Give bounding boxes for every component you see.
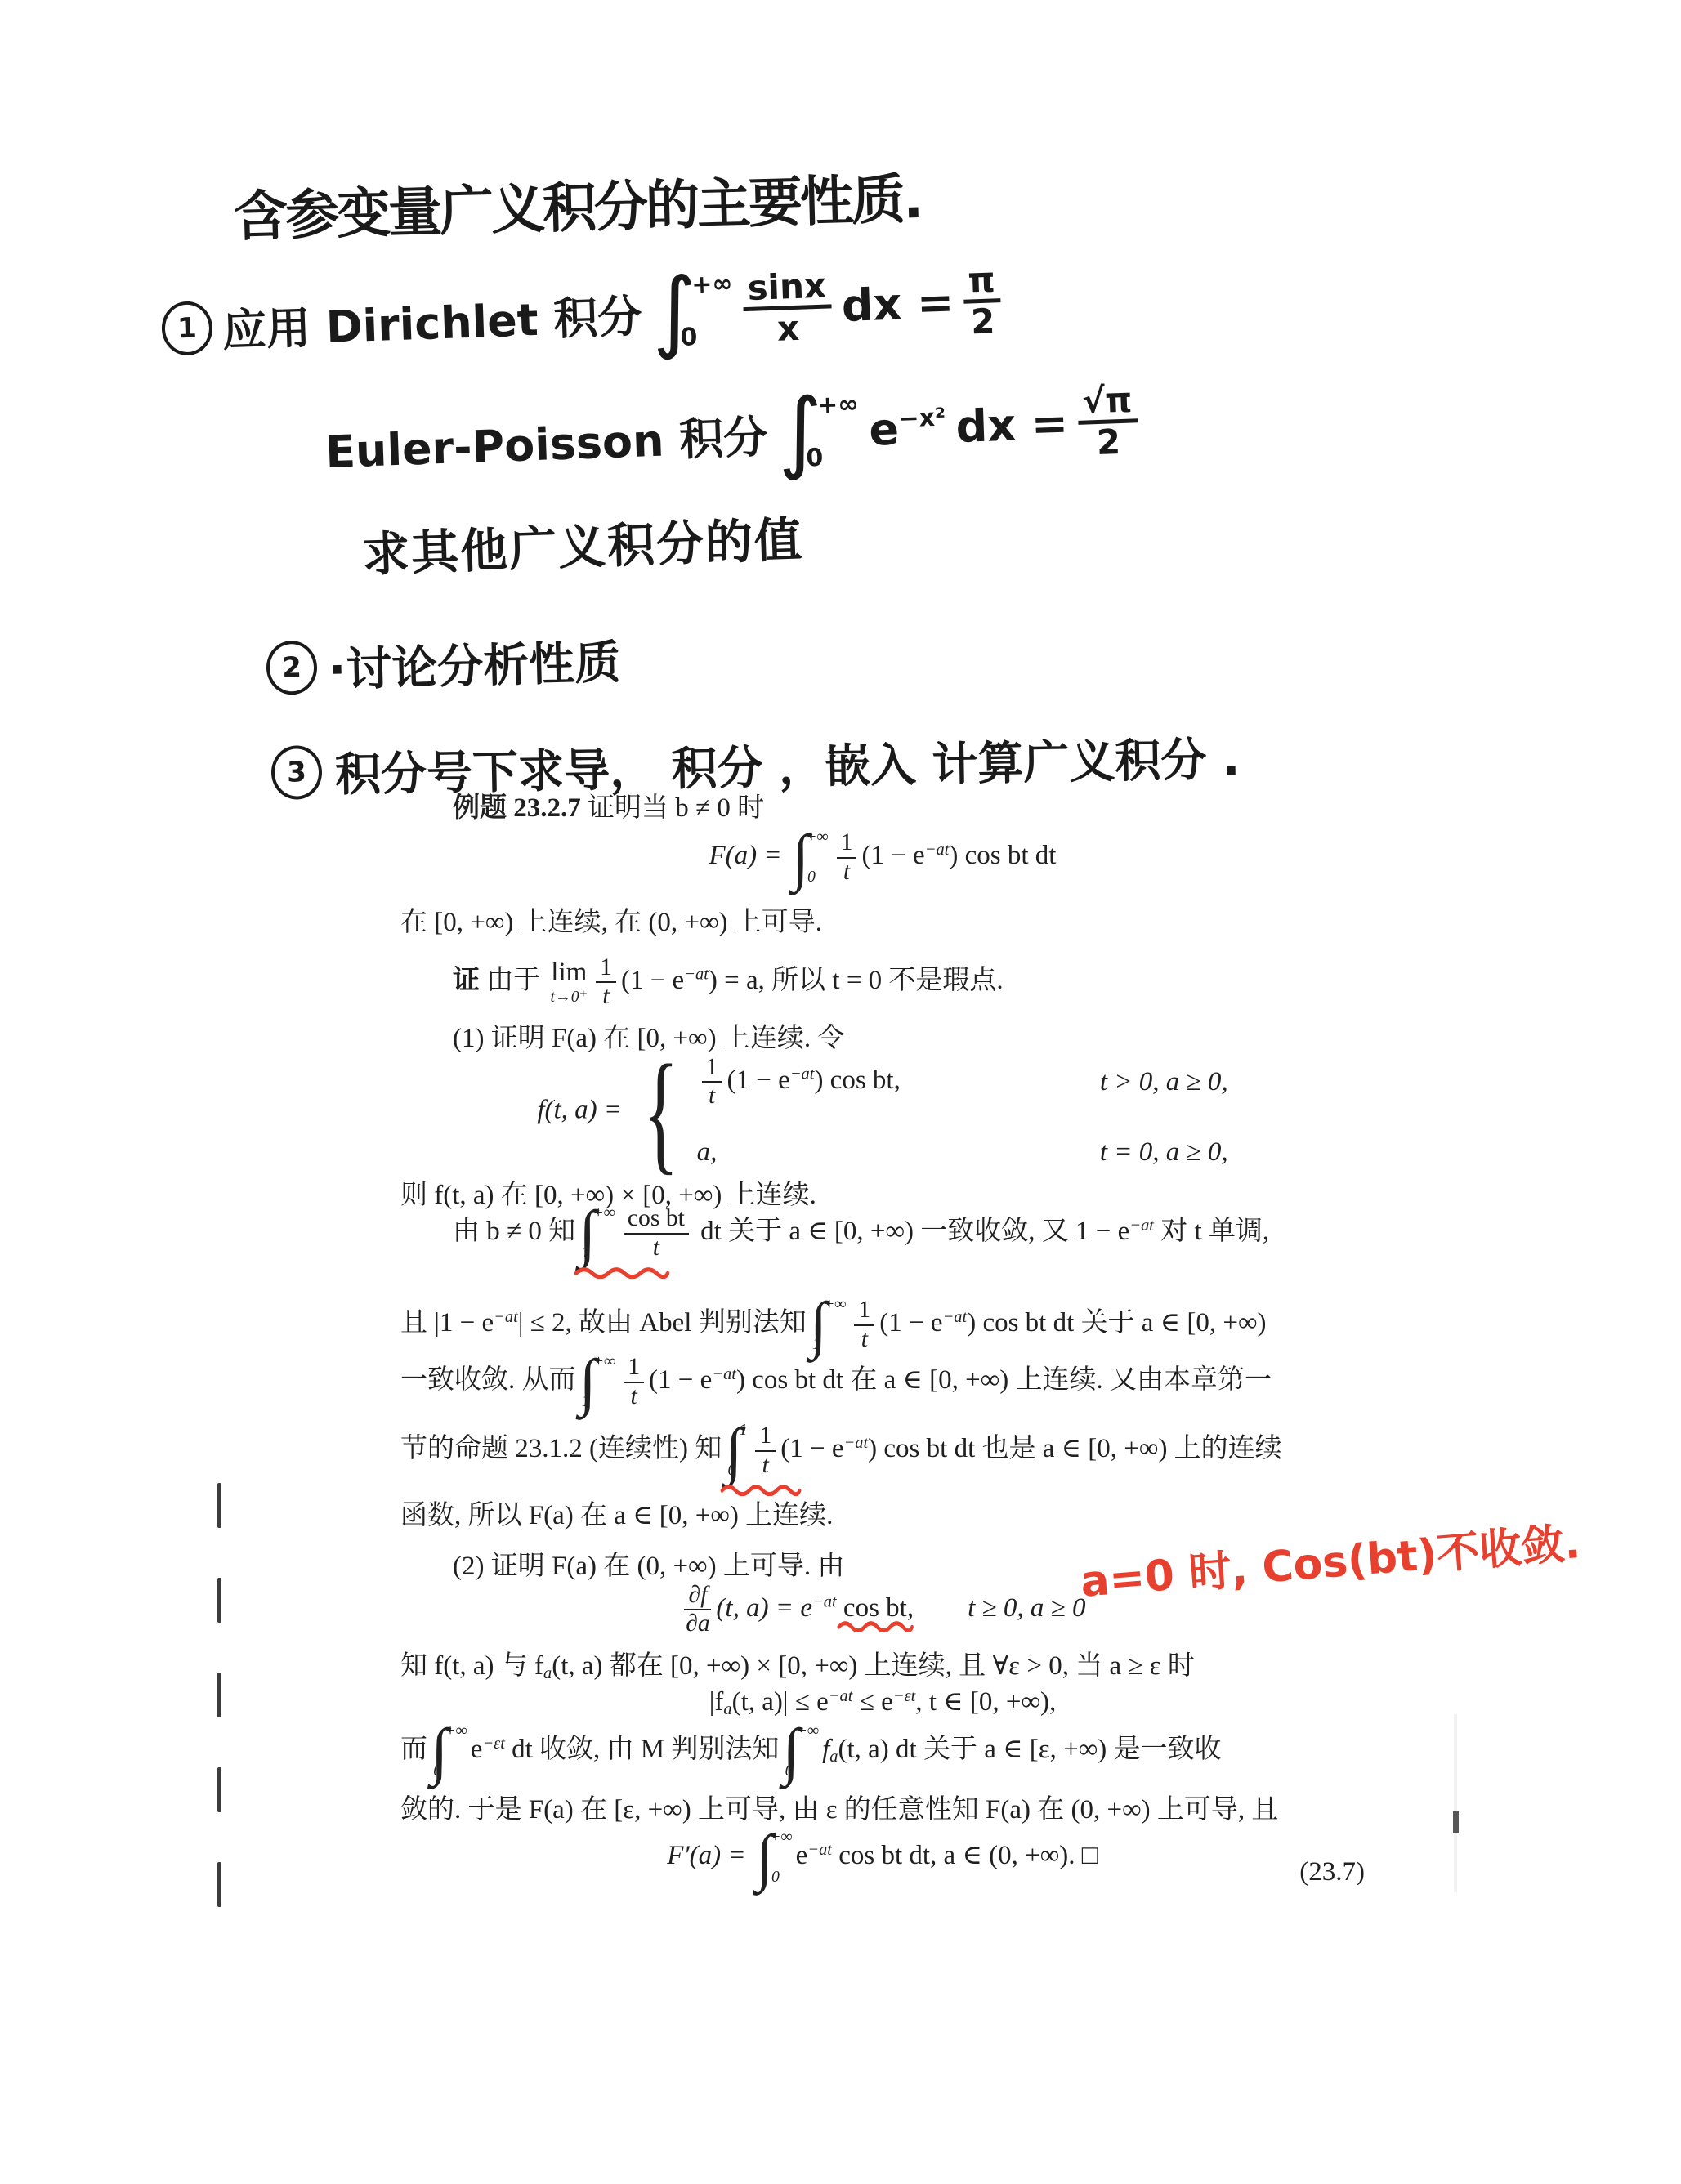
integral-lower-limit: 0 <box>727 1460 747 1481</box>
text: ) cos bt dt 关于 a ∈ [0, +∞) <box>967 1308 1266 1338</box>
proposition-line: 节的命题 23.1.2 (连续性) 知∫101t(1 − e−at) cos b… <box>400 1418 1282 1483</box>
integral-upper-limit: +∞ <box>817 390 859 420</box>
fraction: 1t <box>624 1354 644 1410</box>
statement-line: 函数, 所以 F(a) 在 a ∈ [0, +∞) 上连续. <box>400 1498 833 1534</box>
red-wavy-underline <box>574 1264 670 1279</box>
integral-upper-limit: +∞ <box>593 1351 615 1373</box>
text: e <box>471 1735 483 1764</box>
case-row-1: 1t(1 − e−at) cos bt,t > 0, a ≥ 0, <box>697 1054 1228 1110</box>
integral-sign: ∫+∞1 <box>810 1293 847 1357</box>
document-page: 含参变量广义积分的主要性质. 1 应用 Dirichlet 积分 ∫+∞0 si… <box>0 0 1681 2184</box>
integral-lower-limit: 0 <box>785 1761 819 1782</box>
text: (t, a) 都在 [0, +∞) × [0, +∞) 上连续, 且 ∀ε > … <box>552 1651 1195 1681</box>
lim-word: lim <box>551 959 587 986</box>
text: 一致收敛. 从而 <box>400 1365 576 1395</box>
exponent: −at <box>943 1308 968 1326</box>
text: 而 <box>400 1735 427 1764</box>
red-wavy-underline <box>837 1618 914 1632</box>
fraction: 1t <box>837 829 857 886</box>
integral-lower-limit: 0 <box>433 1761 467 1782</box>
integral-sign: ∫+∞1 <box>579 1201 615 1266</box>
integral-lower-limit: 1 <box>581 1243 615 1264</box>
text: dt 关于 a ∈ [0, +∞) 一致收敛, 又 1 − e <box>694 1217 1129 1246</box>
fraction: √π2 <box>1076 381 1139 462</box>
statement-line: 在 [0, +∞) 上连续, 在 (0, +∞) 上可导. <box>400 905 822 940</box>
integral-sign: ∫+∞1 <box>579 1350 616 1414</box>
circled-number-2: 2 <box>266 640 318 695</box>
integral-sign: ∫10 <box>725 1418 747 1483</box>
margin-mark <box>217 1673 221 1717</box>
limit-operator: limt→0⁺ <box>551 959 588 1006</box>
text: 且 |1 − e <box>400 1308 494 1338</box>
case-row-2: a,t = 0, a ≥ 0, <box>697 1135 1228 1170</box>
text: 对 t 单调, <box>1154 1217 1269 1246</box>
display-formula-Fa: F(a) = ∫+∞01t(1 − e−at) cos bt dt <box>400 825 1365 890</box>
formula-lhs: F′(a) = <box>667 1841 753 1870</box>
text: 节的命题 23.1.2 (连续性) 知 <box>400 1434 722 1463</box>
text: ≤ e <box>852 1687 892 1717</box>
abel-test-line: 且 |1 − e−at| ≤ 2, 故由 Abel 判别法知∫+∞11t(1 −… <box>400 1293 1266 1357</box>
fraction-denominator: t <box>631 1383 637 1410</box>
subscript: a <box>723 1700 731 1718</box>
exponent: −x² <box>898 403 946 433</box>
integral-upper-limit: +∞ <box>797 1721 819 1742</box>
text: f <box>822 1735 829 1764</box>
formula-lhs: f(t, a) = <box>537 1095 628 1124</box>
fraction: 1t <box>854 1297 874 1353</box>
integral-upper-limit: 1 <box>739 1420 747 1441</box>
fraction-denominator: t <box>709 1083 715 1110</box>
integral-lower-limit: 0 <box>680 321 735 351</box>
note-item-1: 1 应用 Dirichlet 积分 ∫+∞0 sinxx dx = π2 <box>160 258 1002 371</box>
case-2-expr: a, <box>697 1135 718 1170</box>
step-2-line: (2) 证明 F(a) 在 (0, +∞) 上可导. 由 <box>453 1549 844 1584</box>
fraction-numerator: cos bt <box>624 1205 689 1234</box>
integral-upper-limit: +∞ <box>806 827 828 848</box>
fraction-numerator: 1 <box>624 1354 644 1382</box>
case-2-condition: t = 0, a ≥ 0, <box>1100 1135 1228 1170</box>
text: (1 − e <box>780 1434 843 1463</box>
exponent: −at <box>1129 1217 1154 1235</box>
underlined-term: cos bt, <box>837 1593 914 1623</box>
note-item-2-text: ·讨论分析性质 <box>328 627 621 699</box>
formula-tail: ) cos bt dt <box>949 841 1056 870</box>
note-title: 含参变量广义积分的主要性质. <box>233 155 922 251</box>
statement-line: 敛的. 于是 F(a) 在 [ε, +∞) 上可导, 由 ε 的任意性知 F(a… <box>400 1793 1278 1828</box>
exponent: −at <box>807 1841 832 1859</box>
margin-mark <box>217 1578 221 1623</box>
fraction: 1t <box>596 954 616 1011</box>
fraction: π2 <box>963 261 1003 342</box>
text: |f <box>709 1687 724 1717</box>
curly-brace: { <box>643 1055 679 1169</box>
fraction-denominator: t <box>762 1452 769 1479</box>
integral-sign: ∫+∞0 <box>782 1719 819 1784</box>
cases-formula: f(t, a) = {1t(1 − e−at) cos bt,t > 0, a … <box>400 1054 1365 1169</box>
continuity-line: 一致收敛. 从而∫+∞11t(1 − e−at) cos bt dt 在 a ∈… <box>400 1350 1272 1414</box>
exp-term: e−x² <box>868 401 946 455</box>
note-item-euler: Euler-Poisson 积分 ∫+∞0 e−x² dx = √π2 <box>324 378 1139 490</box>
note-item-2: 2 ·讨论分析性质 <box>266 627 621 701</box>
margin-mark <box>217 1483 221 1528</box>
red-wavy-underline <box>720 1481 802 1496</box>
fraction-numerator: √π <box>1076 381 1138 425</box>
scan-artifact-tick <box>1453 1811 1459 1833</box>
text: ) = a, 所以 t = 0 不是瑕点. <box>709 966 1004 995</box>
lim-subscript: t→0⁺ <box>551 989 588 1006</box>
exponent: −at <box>790 1065 815 1083</box>
integral-upper-limit: +∞ <box>445 1721 467 1742</box>
final-formula: F′(a) = ∫+∞0e−at cos bt dt, a ∈ (0, +∞).… <box>400 1825 1365 1890</box>
text: 知 f(t, a) 与 f <box>400 1651 543 1681</box>
integral-upper-limit: +∞ <box>770 1827 792 1848</box>
margin-mark <box>217 1767 221 1812</box>
text: 由于 <box>480 966 548 995</box>
continuity-statement: 知 f(t, a) 与 fa(t, a) 都在 [0, +∞) × [0, +∞… <box>400 1649 1195 1685</box>
example-heading: 例题 23.2.7 证明当 b ≠ 0 时 <box>453 791 764 826</box>
fraction-denominator: 2 <box>1096 423 1121 462</box>
text: ) cos bt dt 也是 a ∈ [0, +∞) 上的连续 <box>868 1434 1282 1463</box>
integral-upper-limit: +∞ <box>592 1203 615 1224</box>
text: dt 收敛, 由 M 判别法知 <box>505 1735 780 1764</box>
fraction: ∂f∂a <box>684 1582 711 1638</box>
integral-sign: ∫+∞0 <box>756 1825 793 1890</box>
fraction-denominator: t <box>843 859 850 886</box>
formula-lhs: F(a) = <box>709 841 789 870</box>
fraction: 1t <box>702 1054 722 1110</box>
exponent: −at <box>684 966 709 984</box>
proof-line: 证 由于 limt→0⁺1t(1 − e−at) = a, 所以 t = 0 不… <box>453 954 1004 1011</box>
fraction-numerator: π <box>963 261 1001 304</box>
fraction-numerator: 1 <box>596 954 616 983</box>
subscript: a <box>543 1664 552 1682</box>
integral-sign: ∫+∞0 <box>776 388 861 475</box>
text: (1 − e <box>649 1365 712 1395</box>
case-1-expr: 1t(1 − e−at) cos bt, <box>697 1054 901 1110</box>
fraction: 1t <box>755 1423 776 1479</box>
cases-block: {1t(1 − e−at) cos bt,t > 0, a ≥ 0,a,t = … <box>628 1054 1227 1169</box>
fraction-numerator: 1 <box>702 1054 722 1083</box>
exponent: −εt <box>482 1735 505 1753</box>
fraction-numerator: 1 <box>837 829 857 858</box>
integral-lower-limit: 0 <box>758 1867 792 1888</box>
integral-sign: ∫+∞0 <box>431 1719 467 1784</box>
integral-upper-limit: +∞ <box>824 1294 846 1315</box>
integral-lower-limit: 0 <box>794 867 828 888</box>
circled-number-1: 1 <box>161 301 213 356</box>
scan-artifact-line <box>1454 1714 1457 1892</box>
integral-sign: ∫+∞0 <box>792 825 829 890</box>
note-euler-dx: dx = <box>955 397 1069 453</box>
text: (1 − e <box>621 966 684 995</box>
uniform-convergence-line: 由 b ≠ 0 知∫+∞1cos btt dt 关于 a ∈ [0, +∞) 一… <box>453 1201 1269 1266</box>
condition: t ≥ 0, a ≥ 0 <box>968 1593 1085 1623</box>
fraction-denominator: ∂a <box>686 1610 710 1637</box>
subscript: a <box>829 1748 838 1766</box>
text: (1 − e <box>879 1308 942 1338</box>
exponent: −at <box>829 1687 853 1705</box>
fraction: cos btt <box>624 1205 689 1262</box>
fraction-denominator: 2 <box>970 302 995 341</box>
integral-lower-limit: 0 <box>806 442 861 472</box>
note-line-3: 求其他广义积分的值 <box>361 501 805 585</box>
integral-upper-limit: +∞ <box>691 270 733 300</box>
fraction-denominator: x <box>776 310 800 348</box>
text: (t, a)| ≤ e <box>732 1687 829 1717</box>
proof-label: 证 <box>453 966 480 995</box>
bound-formula: |fa(t, a)| ≤ e−at ≤ e−εt, t ∈ [0, +∞), <box>400 1685 1365 1721</box>
text: | ≤ 2, 故由 Abel 判别法知 <box>518 1308 807 1338</box>
text: 由 b ≠ 0 知 <box>453 1217 575 1246</box>
text: ) cos bt dt 在 a ∈ [0, +∞) 上连续. 又由本章第一 <box>736 1365 1272 1395</box>
exponent: −at <box>925 841 950 859</box>
exponent: −εt <box>893 1687 916 1705</box>
fraction-denominator: t <box>602 983 609 1010</box>
exponent: −at <box>812 1593 837 1611</box>
integral-lower-limit: 1 <box>582 1391 615 1413</box>
fraction-numerator: ∂f <box>684 1582 711 1610</box>
m-test-line: 而∫+∞0e−εt dt 收敛, 由 M 判别法知∫+∞0fa(t, a) dt… <box>400 1719 1222 1784</box>
note-item-1-dx: dx = <box>841 276 955 332</box>
fraction: sinxx <box>742 266 834 349</box>
text: (t, a) dt 关于 a ∈ [ε, +∞) 是一致收 <box>838 1735 1222 1764</box>
fraction-numerator: 1 <box>854 1297 874 1325</box>
equation-number: (23.7) <box>1299 1855 1365 1890</box>
text: e <box>796 1841 808 1870</box>
note-item-1-text: 应用 Dirichlet 积分 <box>221 281 643 359</box>
integral-sign: ∫+∞0 <box>650 268 735 355</box>
text: cos bt dt, a ∈ (0, +∞). □ <box>832 1841 1098 1870</box>
note-euler-text: Euler-Poisson 积分 <box>324 402 769 480</box>
formula-body: (1 − e <box>861 841 924 870</box>
fraction-denominator: t <box>653 1235 659 1262</box>
fraction-numerator: 1 <box>755 1423 776 1451</box>
exponent: −at <box>494 1308 518 1326</box>
text: ) cos bt, <box>814 1065 900 1095</box>
fraction-denominator: t <box>861 1326 868 1353</box>
text: (t, a) = e <box>716 1593 812 1623</box>
example-statement: 证明当 b ≠ 0 时 <box>581 793 764 823</box>
example-number: 例题 23.2.7 <box>453 793 581 823</box>
text: (1 − e <box>726 1065 789 1095</box>
circled-number-3: 3 <box>270 745 322 800</box>
case-1-condition: t > 0, a ≥ 0, <box>1100 1065 1228 1100</box>
exponent: −at <box>712 1365 736 1383</box>
margin-mark <box>217 1862 221 1907</box>
exponent: −at <box>843 1434 868 1452</box>
fraction-numerator: sinx <box>742 266 832 311</box>
text: , t ∈ [0, +∞), <box>915 1687 1056 1717</box>
